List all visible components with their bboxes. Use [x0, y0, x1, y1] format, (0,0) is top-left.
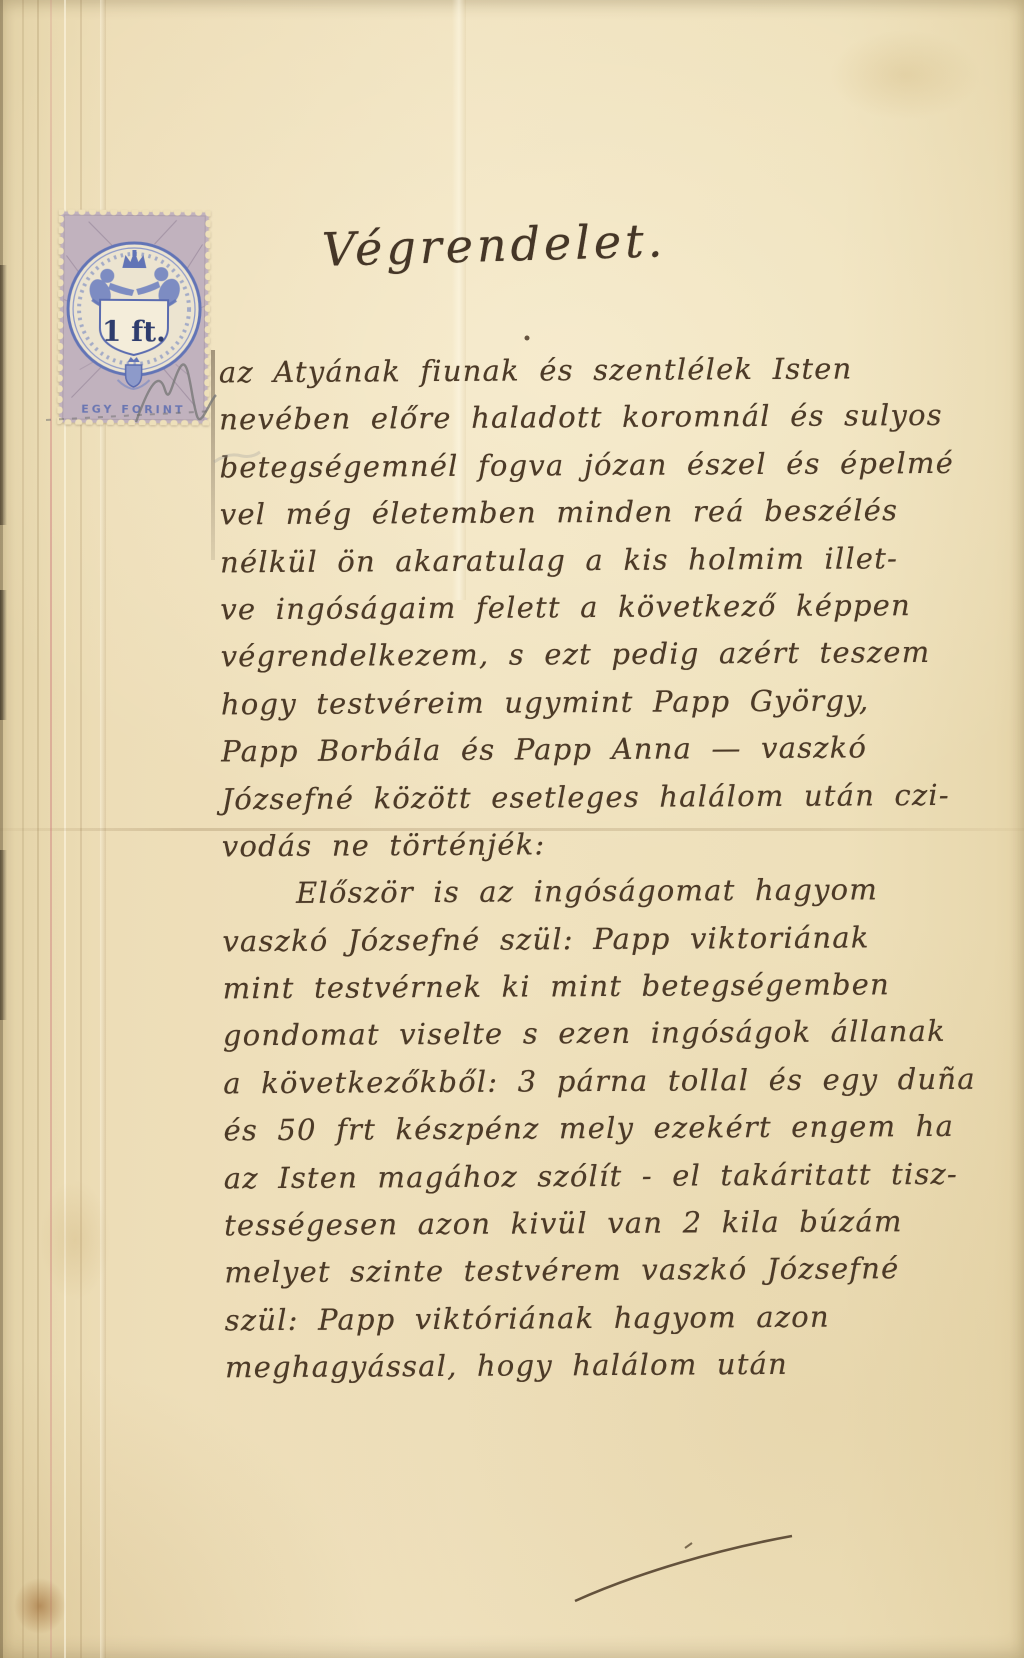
- paper-stain: [830, 30, 980, 120]
- revenue-stamp: 1 ft. EGY FORINT: [57, 209, 210, 425]
- torn-edge: [0, 0, 3, 1658]
- handwritten-line: meghagyással, hogy halálom után: [225, 1346, 985, 1398]
- handwritten-line: vodás ne történjék:: [222, 825, 982, 877]
- margin-ruled-line: [50, 0, 52, 1658]
- handwritten-line: nélkül ön akaratulag a kis holmim illet-: [220, 540, 980, 592]
- pen-flourish-stroke: [575, 1536, 792, 1601]
- fold-crease: [211, 350, 215, 560]
- handwritten-line: a következőkből: 3 párna tollal és egy d…: [223, 1062, 983, 1114]
- handwritten-line: nevében előre haladott koromnál és sulyo…: [219, 398, 979, 450]
- torn-edge: [0, 850, 7, 1020]
- scanned-will-page: 1 ft. EGY FORINT Végrendelet. az Atyának…: [0, 0, 1024, 1658]
- handwritten-line: és 50 frt készpénz mely ezekért engem ha: [223, 1109, 983, 1161]
- handwritten-line: végrendelkezem, s ezt pedig azért teszem: [221, 635, 981, 687]
- handwritten-line: gondomat viselte s ezen ingóságok állana…: [223, 1014, 983, 1066]
- pen-flourish-tick: [685, 1543, 692, 1548]
- document-title: Végrendelet.: [321, 213, 667, 277]
- handwritten-line: hogy testvéreim ugymint Papp György,: [221, 682, 981, 734]
- torn-edge: [0, 265, 7, 525]
- handwritten-line: ve ingóságaim felett a következő képpen: [220, 588, 980, 640]
- paper-stain: [14, 1578, 66, 1634]
- handwritten-line: Józsefné között esetleges halálom után c…: [221, 777, 981, 829]
- fold-crease: [37, 0, 39, 1658]
- handwritten-line: betegségemnél fogva józan észel és épelm…: [219, 445, 979, 497]
- ink-dot: [525, 336, 530, 341]
- document-body: az Atyának fiunak és szentlélek Isten ne…: [219, 351, 985, 1398]
- torn-edge: [0, 590, 7, 720]
- handwritten-line: Először is az ingóságomat hagyom: [222, 872, 982, 924]
- stamp-caption: EGY FORINT: [81, 403, 185, 417]
- handwritten-line: vaszkó Józsefné szül: Papp viktoriának: [222, 919, 982, 971]
- handwritten-line: szül: Papp viktóriának hagyom azon: [225, 1298, 985, 1350]
- handwritten-line: mint testvérnek ki mint betegségemben: [223, 967, 983, 1019]
- handwritten-line: vel még életemben minden reá beszélés: [220, 493, 980, 545]
- fold-crease: [22, 0, 24, 1658]
- handwritten-line: melyet szinte testvérem vaszkó Józsefné: [224, 1251, 984, 1303]
- handwritten-line: az Isten magához szólít - el takáritatt …: [224, 1156, 984, 1208]
- handwritten-line: tességesen azon kivül van 2 kila búzám: [224, 1204, 984, 1256]
- handwritten-line: az Atyának fiunak és szentlélek Isten: [219, 351, 979, 403]
- handwritten-line: Papp Borbála és Papp Anna — vaszkó: [221, 730, 981, 782]
- revenue-stamp-graphic: 1 ft. EGY FORINT: [57, 209, 210, 425]
- stamp-value: 1 ft.: [102, 315, 166, 348]
